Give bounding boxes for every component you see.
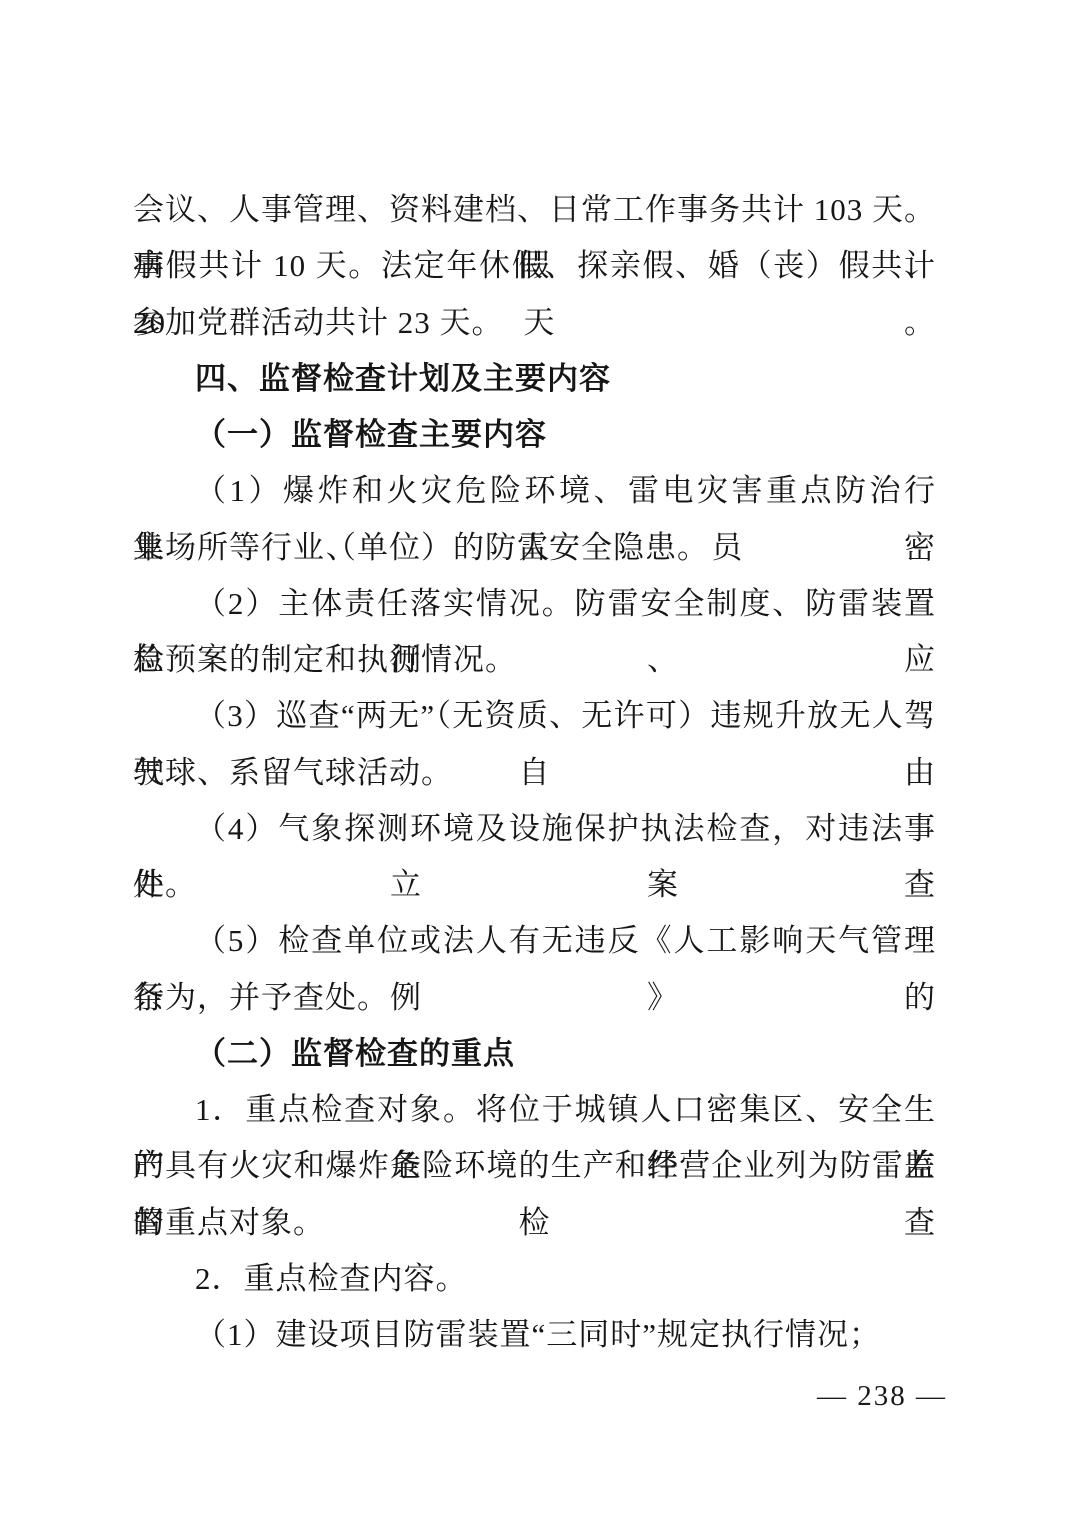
document-body: 会议、人事管理、资料建档、日常工作事务共计 103 天。病假、事假共计 10 天… xyxy=(133,182,936,1363)
text-line: （二）监督检查的重点 xyxy=(133,1026,936,1082)
text-line: （1）建设项目防雷装置“三同时”规定执行情况； xyxy=(133,1307,936,1363)
text-line: （3）巡查“两无”（无资质、无许可）违规升放无人驾驶自由 xyxy=(133,688,936,744)
text-line: （1）爆炸和火灾危险环境、雷电灾害重点防治行业、人员密 xyxy=(133,463,936,519)
text-line: 会议、人事管理、资料建档、日常工作事务共计 103 天。病假、 xyxy=(133,182,936,238)
page-number: — 238 — xyxy=(817,1374,947,1419)
text-line: （5）检查单位或法人有无违反《人工影响天气管理条例》的 xyxy=(133,913,936,969)
text-line: 1．重点检查对象。将位于城镇人口密集区、安全生产条件差 xyxy=(133,1082,936,1138)
text-line: （一）监督检查主要内容 xyxy=(133,407,936,463)
text-line: （4）气象探测环境及设施保护执法检查，对违法事件立案查 xyxy=(133,801,936,857)
text-line: 事假共计 10 天。法定年休假、探亲假、婚（丧）假共计 20 天。 xyxy=(133,238,936,294)
text-line: （2）主体责任落实情况。防雷安全制度、防雷装置检测、应 xyxy=(133,576,936,632)
text-line: 2．重点检查内容。 xyxy=(133,1251,936,1307)
text-line: 四、监督检查计划及主要内容 xyxy=(133,351,936,407)
document-page: 会议、人事管理、资料建档、日常工作事务共计 103 天。病假、事假共计 10 天… xyxy=(0,0,1074,1520)
text-line: 的具有火灾和爆炸危险环境的生产和经营企业列为防雷监督检查 xyxy=(133,1138,936,1194)
